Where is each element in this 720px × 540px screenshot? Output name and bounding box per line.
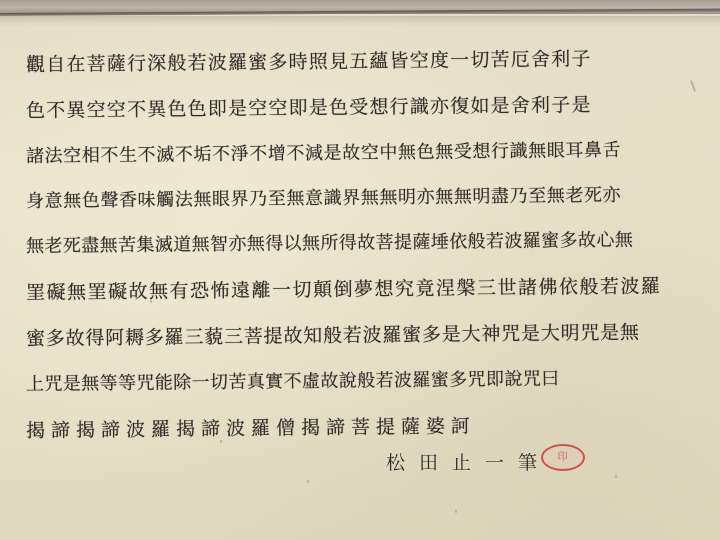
sutra-line-4: 身意無色聲香味觸法無眼界乃至無意識界無無明亦無無明盡乃至無老死亦 [26, 181, 621, 213]
paper-speck [615, 475, 617, 478]
sutra-line-3: 諸法空相不生不滅不垢不淨不增不減是故空中無色無受想行識無眼耳鼻舌 [26, 136, 621, 168]
paper-speck [307, 480, 309, 483]
red-seal-stamp: 印 [541, 444, 585, 471]
paper-shadow [0, 16, 720, 26]
signature: 松田止一筆 [386, 448, 551, 475]
seal-text: 印 [558, 453, 569, 463]
sutra-line-6: 罣礙無罣礙故無有恐怖遠離一切顛倒夢想究竟涅槃三世諸佛依般若波羅 [26, 271, 662, 305]
sutra-line-7: 蜜多故得阿耨多羅三藐三菩提故知般若波羅蜜多是大神咒是大明咒是無 [26, 318, 640, 351]
paper-speck [690, 80, 696, 92]
sutra-line-5: 無老死盡無苦集滅道無智亦無得以無所得故菩提薩埵依般若波羅蜜多故心無 [26, 226, 633, 258]
sutra-line-2: 色不異空空不異色色即是空空即是色受想行識亦復如是舍利子是 [26, 90, 592, 123]
paper-speck [455, 510, 457, 513]
sutra-line-1: 觀自在菩薩行深般若波羅蜜多時照見五蘊皆空度一切苦厄舍利子 [26, 43, 671, 77]
sutra-line-8: 上咒是無等等咒能除一切苦真實不虛故說般若波羅蜜多咒即說咒曰 [26, 364, 560, 396]
sutra-line-9: 揭諦揭諦波羅揭諦波羅僧揭諦菩提薩婆訶 [26, 411, 476, 443]
calligraphy-photo: 觀自在菩薩行深般若波羅蜜多時照見五蘊皆空度一切苦厄舍利子 色不異空空不異色色即是… [0, 0, 720, 540]
